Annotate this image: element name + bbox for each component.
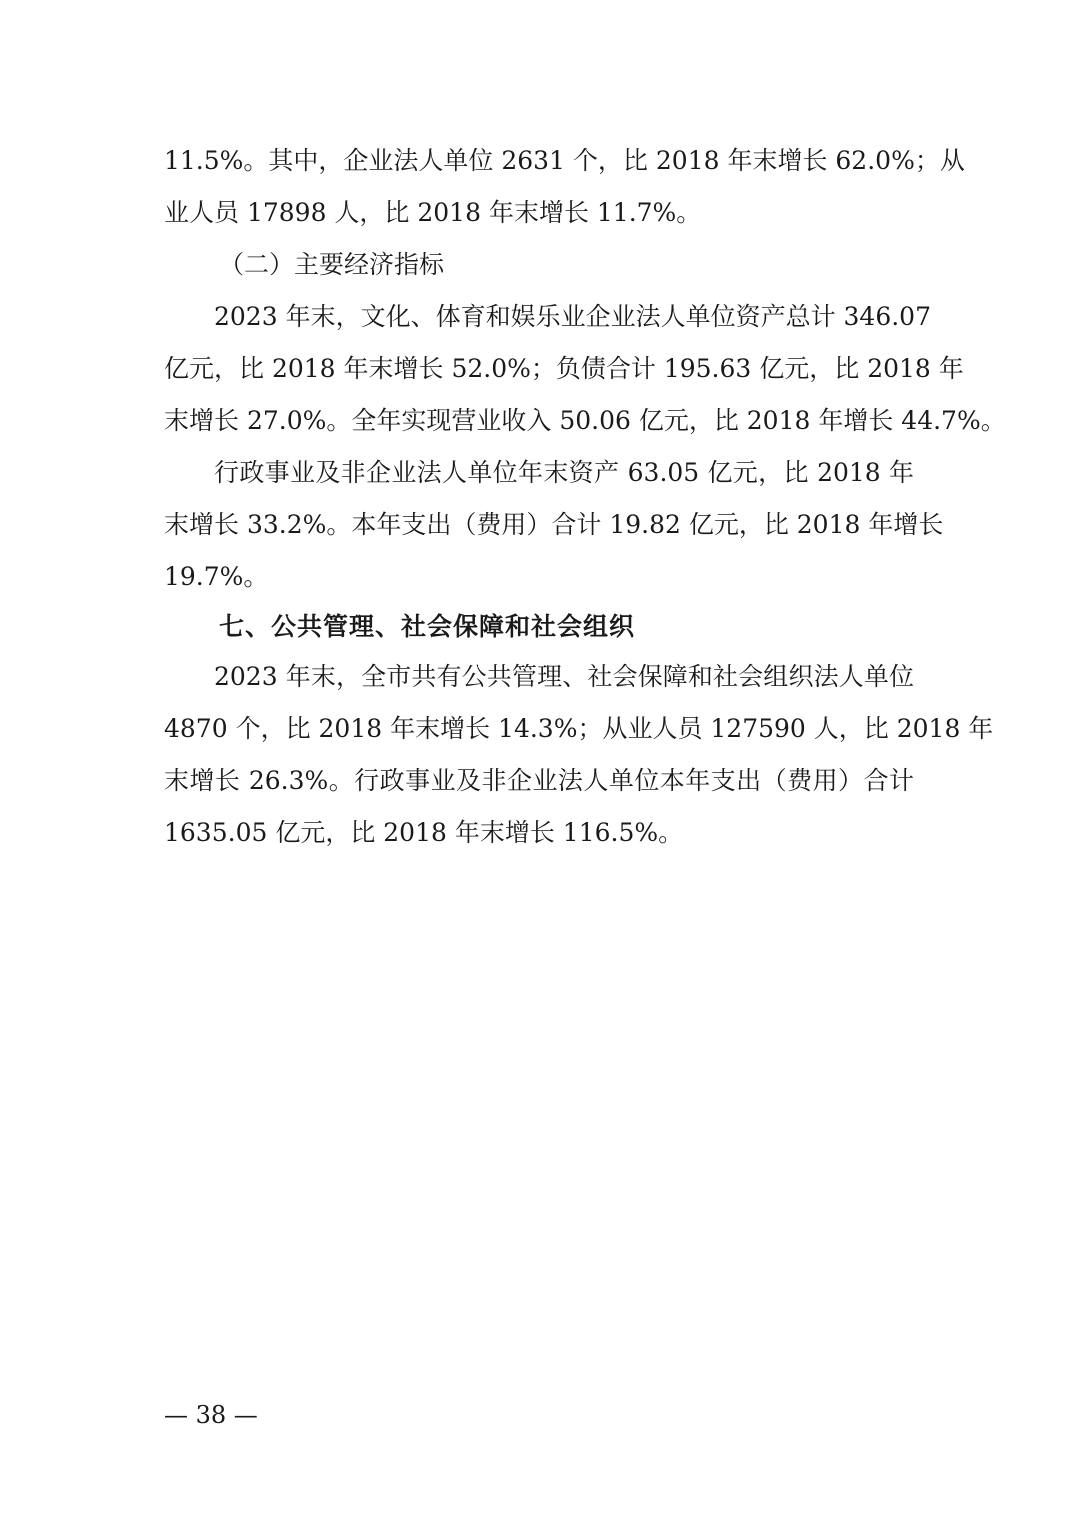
paragraph-4-line-1: 2023 年末，全市共有公共管理、社会保障和社会组织法人单位 xyxy=(164,662,914,692)
paragraph-4-line-4: 1635.05 亿元，比 2018 年末增长 116.5%。 xyxy=(164,818,914,848)
paragraph-1-line-1: 11.5%。其中，企业法人单位 2631 个，比 2018 年末增长 62.0%… xyxy=(164,146,914,176)
paragraph-2-line-3: 末增长 27.0%。全年实现营业收入 50.06 亿元，比 2018 年增长 4… xyxy=(164,406,914,436)
page-number: — 38 — xyxy=(164,1400,258,1430)
subsection-heading: （二）主要经济指标 xyxy=(219,250,444,280)
paragraph-3-line-1: 行政事业及非企业法人单位年末资产 63.05 亿元，比 2018 年 xyxy=(164,458,914,488)
paragraph-3-line-3: 19.7%。 xyxy=(164,562,914,592)
paragraph-3-line-2: 末增长 33.2%。本年支出（费用）合计 19.82 亿元，比 2018 年增长 xyxy=(164,510,914,540)
section-heading: 七、公共管理、社会保障和社会组织 xyxy=(219,612,635,642)
paragraph-4-line-2: 4870 个，比 2018 年末增长 14.3%；从业人员 127590 人，比… xyxy=(164,714,914,744)
paragraph-1-line-2: 业人员 17898 人，比 2018 年末增长 11.7%。 xyxy=(164,198,914,228)
paragraph-4-line-3: 末增长 26.3%。行政事业及非企业法人单位本年支出（费用）合计 xyxy=(164,766,914,796)
paragraph-2-line-1: 2023 年末，文化、体育和娱乐业企业法人单位资产总计 346.07 xyxy=(164,302,914,332)
paragraph-2-line-2: 亿元，比 2018 年末增长 52.0%；负债合计 195.63 亿元，比 20… xyxy=(164,354,914,384)
